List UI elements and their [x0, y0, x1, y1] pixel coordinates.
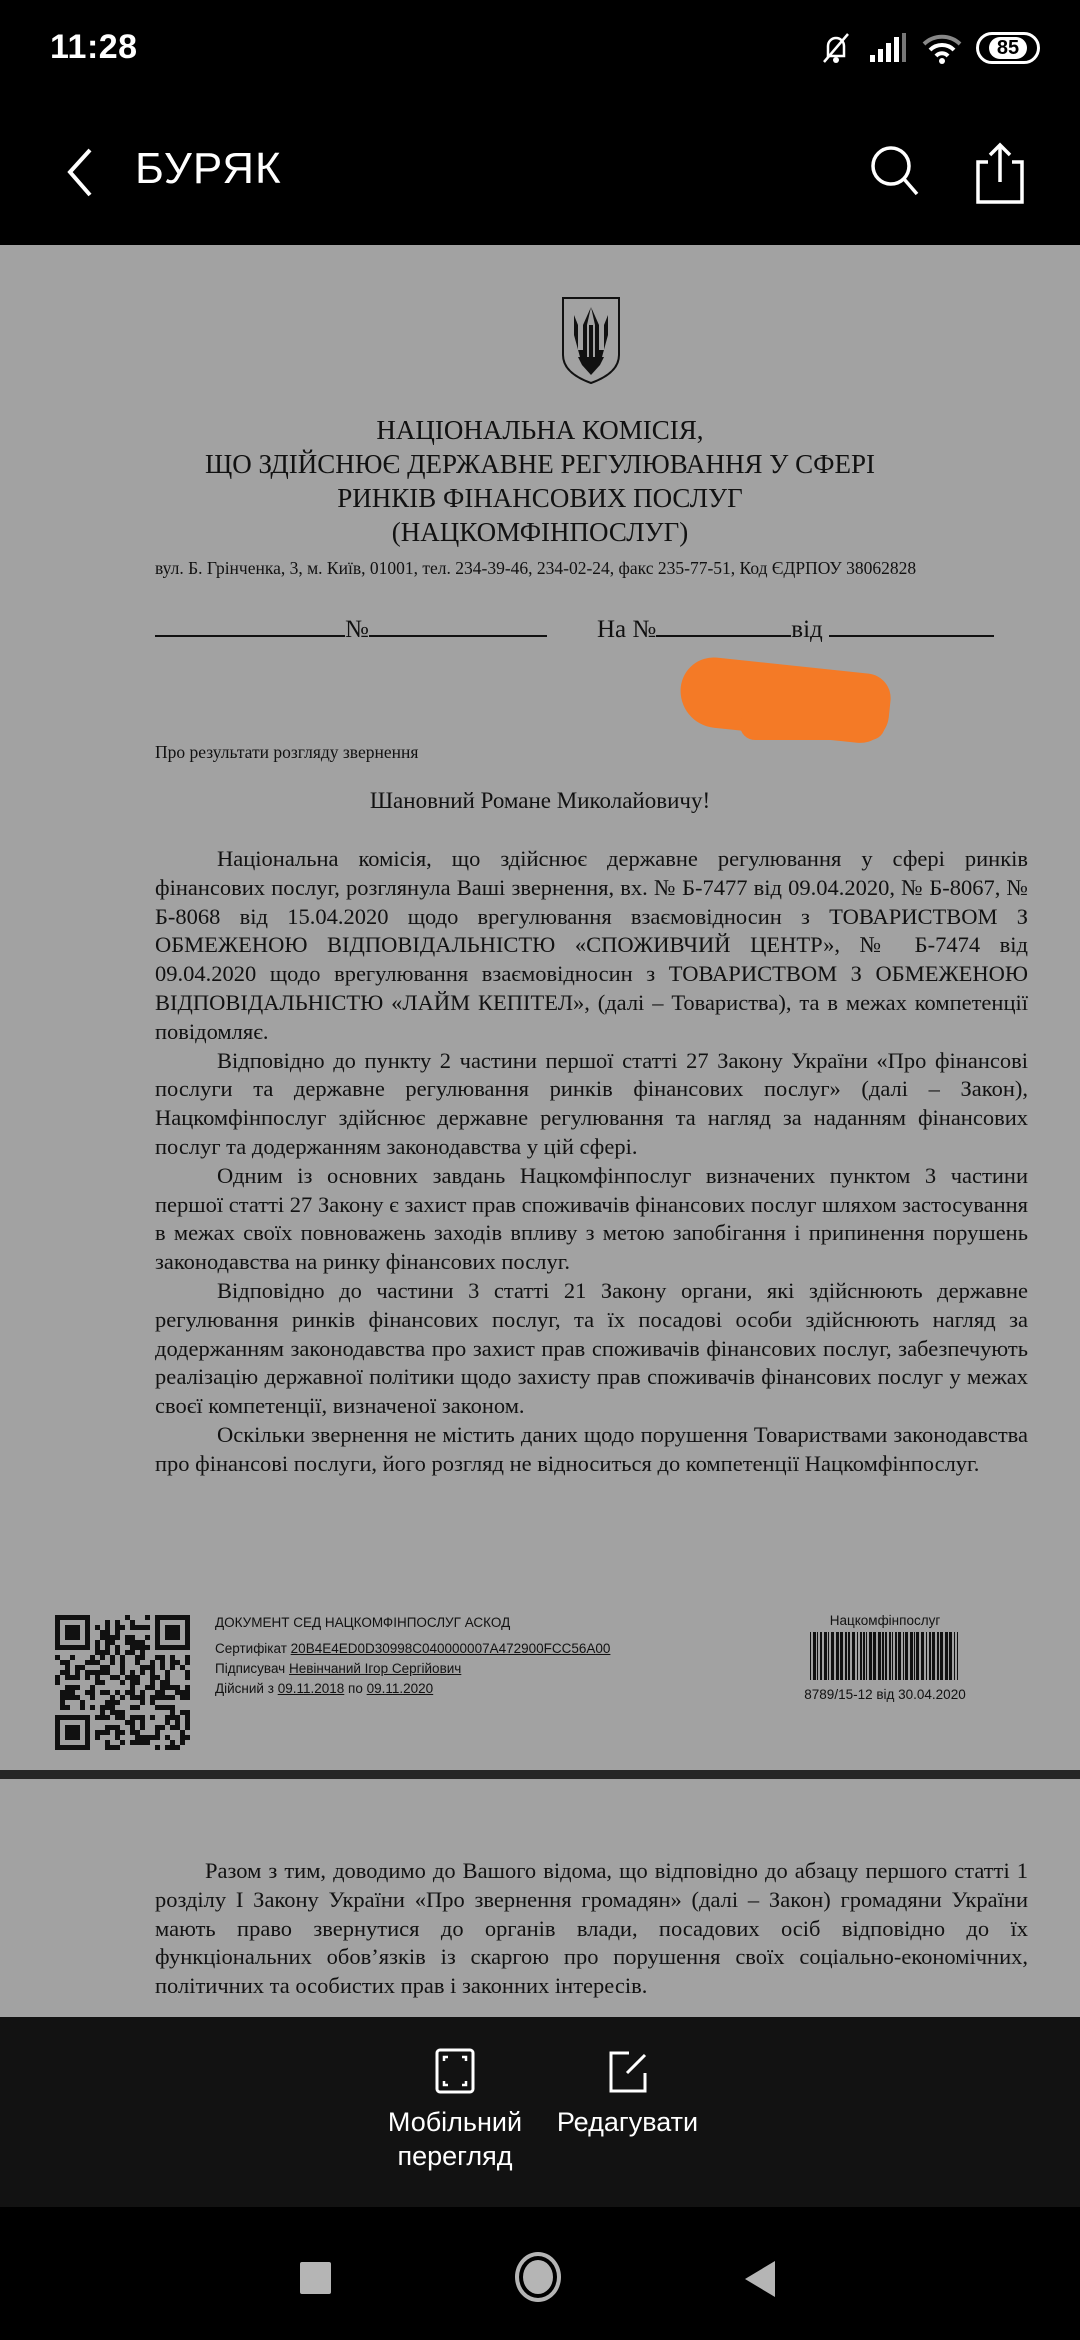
letter-subject: Про результати розгляду звернення [155, 742, 418, 763]
paragraph: Відповідно до частини 3 статті 21 Закону… [155, 1277, 1028, 1421]
letter-body-continued: Разом з тим, доводимо до Вашого відома, … [155, 1857, 1028, 2001]
reply-reg-line: На №від [597, 613, 994, 644]
document-viewer[interactable]: НАЦІОНАЛЬНА КОМІСІЯ, ЩО ЗДІЙСНЮЄ ДЕРЖАВН… [0, 245, 1080, 2017]
barcode-block: Нацкомфінпослуг 8789/15-12 від 30.04.202… [780, 1613, 990, 1702]
wifi-icon [922, 32, 962, 64]
status-icons: 85 [818, 30, 1040, 66]
organization-name: НАЦІОНАЛЬНА КОМІСІЯ, ЩО ЗДІЙСНЮЄ ДЕРЖАВН… [0, 413, 1080, 549]
page-separator [0, 1770, 1080, 1779]
mobile-view-button[interactable]: Мобільний перегляд [370, 2017, 540, 2207]
signer-line: Підписувач Невінчаний Ігор Сергійович [215, 1659, 610, 1679]
recent-apps-icon[interactable] [300, 2262, 331, 2294]
barcode-title: Нацкомфінпослуг [780, 1613, 990, 1628]
system-nav-bar [0, 2207, 1080, 2340]
battery-indicator: 85 [976, 32, 1040, 64]
qr-code [55, 1615, 190, 1750]
paragraph: Відповідно до пункту 2 частини першої ст… [155, 1047, 1028, 1162]
bell-muted-icon [818, 30, 854, 66]
signature-header: ДОКУМЕНТ СЕД НАЦКОМФІНПОСЛУГ АСКОД [215, 1613, 610, 1633]
home-icon[interactable] [515, 2252, 561, 2302]
barcode [810, 1632, 960, 1680]
back-icon[interactable] [745, 2261, 775, 2297]
organization-address: вул. Б. Грінченка, 3, м. Київ, 01001, те… [155, 558, 1030, 579]
barcode-number: 8789/15-12 від 30.04.2020 [780, 1687, 990, 1702]
document-title: БУРЯК [135, 144, 282, 194]
edit-icon [607, 2047, 649, 2095]
app-bar: БУРЯК [0, 100, 1080, 245]
status-time: 11:28 [50, 28, 138, 67]
paragraph: Разом з тим, доводимо до Вашого відома, … [155, 1857, 1028, 2001]
chevron-left-icon[interactable] [60, 145, 100, 200]
paragraph: Національна комісія, що здійснює державн… [155, 845, 1028, 1047]
document-page-1: НАЦІОНАЛЬНА КОМІСІЯ, ЩО ЗДІЙСНЮЄ ДЕРЖАВН… [0, 245, 1080, 1770]
validity-line: Дійсний з 09.11.2018 по 09.11.2020 [215, 1679, 610, 1699]
certificate-line: Сертифікат 20B4E4ED0D30998C040000007A472… [215, 1639, 610, 1659]
paragraph: Одним із основних завдань Нацкомфінпослу… [155, 1162, 1028, 1277]
outgoing-reg-line: № [155, 613, 547, 644]
document-page-2: Разом з тим, доводимо до Вашого відома, … [0, 1779, 1080, 2017]
status-bar: 11:28 85 [0, 0, 1080, 100]
search-icon[interactable] [865, 140, 925, 200]
letter-body: Національна комісія, що здійснює державн… [155, 845, 1028, 1479]
coat-of-arms-icon [560, 295, 622, 385]
digital-signature-block: ДОКУМЕНТ СЕД НАЦКОМФІНПОСЛУГ АСКОД Серти… [215, 1613, 610, 1699]
share-icon[interactable] [970, 140, 1030, 205]
redaction-mark [740, 710, 885, 740]
edit-button[interactable]: Редагувати [545, 2017, 710, 2207]
signal-icon [868, 33, 908, 63]
paragraph: Оскільки звернення не містить даних щодо… [155, 1421, 1028, 1479]
bottom-action-bar: Мобільний перегляд Редагувати [0, 2017, 1080, 2207]
letter-greeting: Шановний Романе Миколайовичу! [0, 788, 1080, 814]
mobile-view-icon [434, 2047, 476, 2095]
